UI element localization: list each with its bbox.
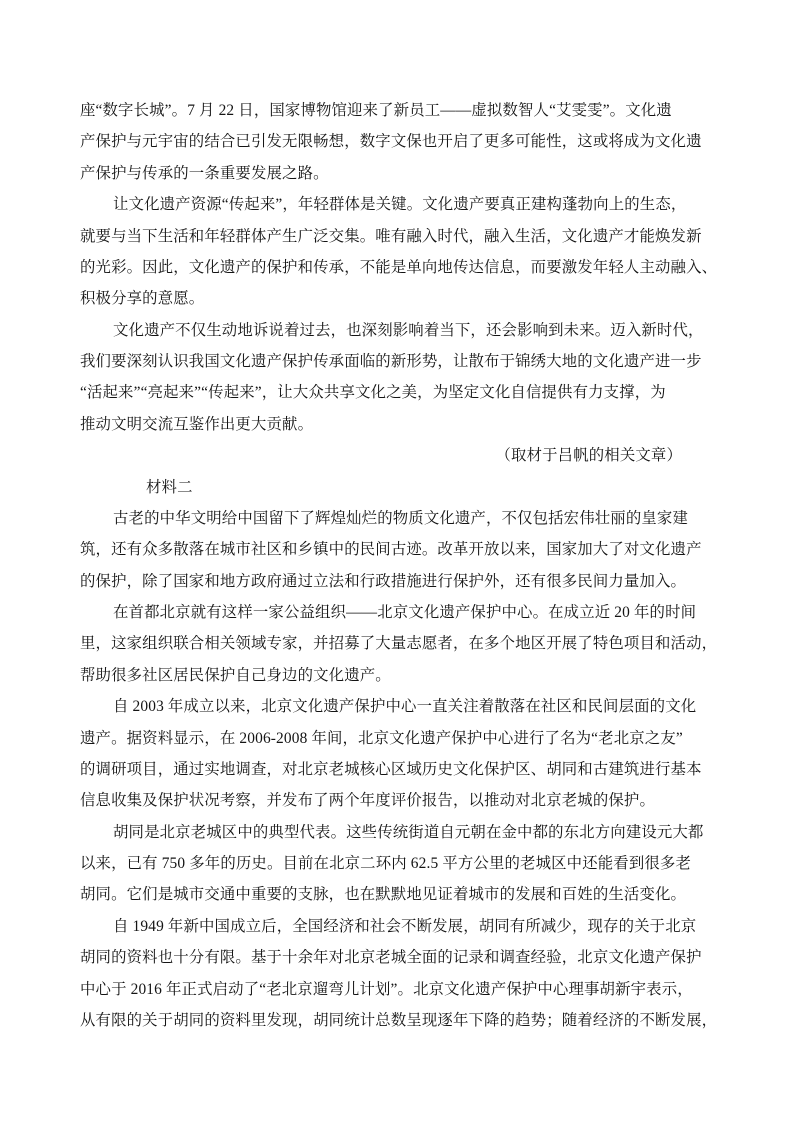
- material1-attribution-line: （取材于吕帆的相关文章）: [80, 440, 720, 471]
- material2-paragraph-1: 古老的中华文明给中国留下了辉煌灿烂的物质文化遗产，不仅包括宏伟壮丽的皇家建 筑，…: [80, 503, 720, 597]
- material2-paragraph-5: 自 1949 年新中国成立后，全国经济和社会不断发展，胡同有所减少，现存的关于北…: [80, 911, 720, 1037]
- material1-paragraph-continuation: 座“数字长城”。7 月 22 日，国家博物馆迎来了新员工——虚拟数智人“艾雯雯”…: [80, 95, 720, 189]
- material2-paragraph-3: 自 2003 年成立以来，北京文化遗产保护中心一直关注着散落在社区和民间层面的文…: [80, 691, 720, 817]
- material1-paragraph-3: 文化遗产不仅生动地诉说着过去，也深刻影响着当下，还会影响到未来。迈入新时代， 我…: [80, 315, 720, 441]
- document-page: 座“数字长城”。7 月 22 日，国家博物馆迎来了新员工——虚拟数智人“艾雯雯”…: [0, 0, 793, 1122]
- material2-paragraph-4: 胡同是北京老城区中的典型代表。这些传统街道自元朝在金中都的东北方向建设元大都 以…: [80, 817, 720, 911]
- material1-paragraph-2: 让文化遗产资源“传起来”，年轻群体是关键。文化遗产要真正建构蓬勃向上的生态， 就…: [80, 189, 720, 315]
- material2-heading: 材料二: [80, 472, 720, 503]
- text-column: 座“数字长城”。7 月 22 日，国家博物馆迎来了新员工——虚拟数智人“艾雯雯”…: [80, 95, 720, 1036]
- material2-paragraph-2: 在首都北京就有这样一家公益组织——北京文化遗产保护中心。在成立近 20 年的时间…: [80, 597, 720, 691]
